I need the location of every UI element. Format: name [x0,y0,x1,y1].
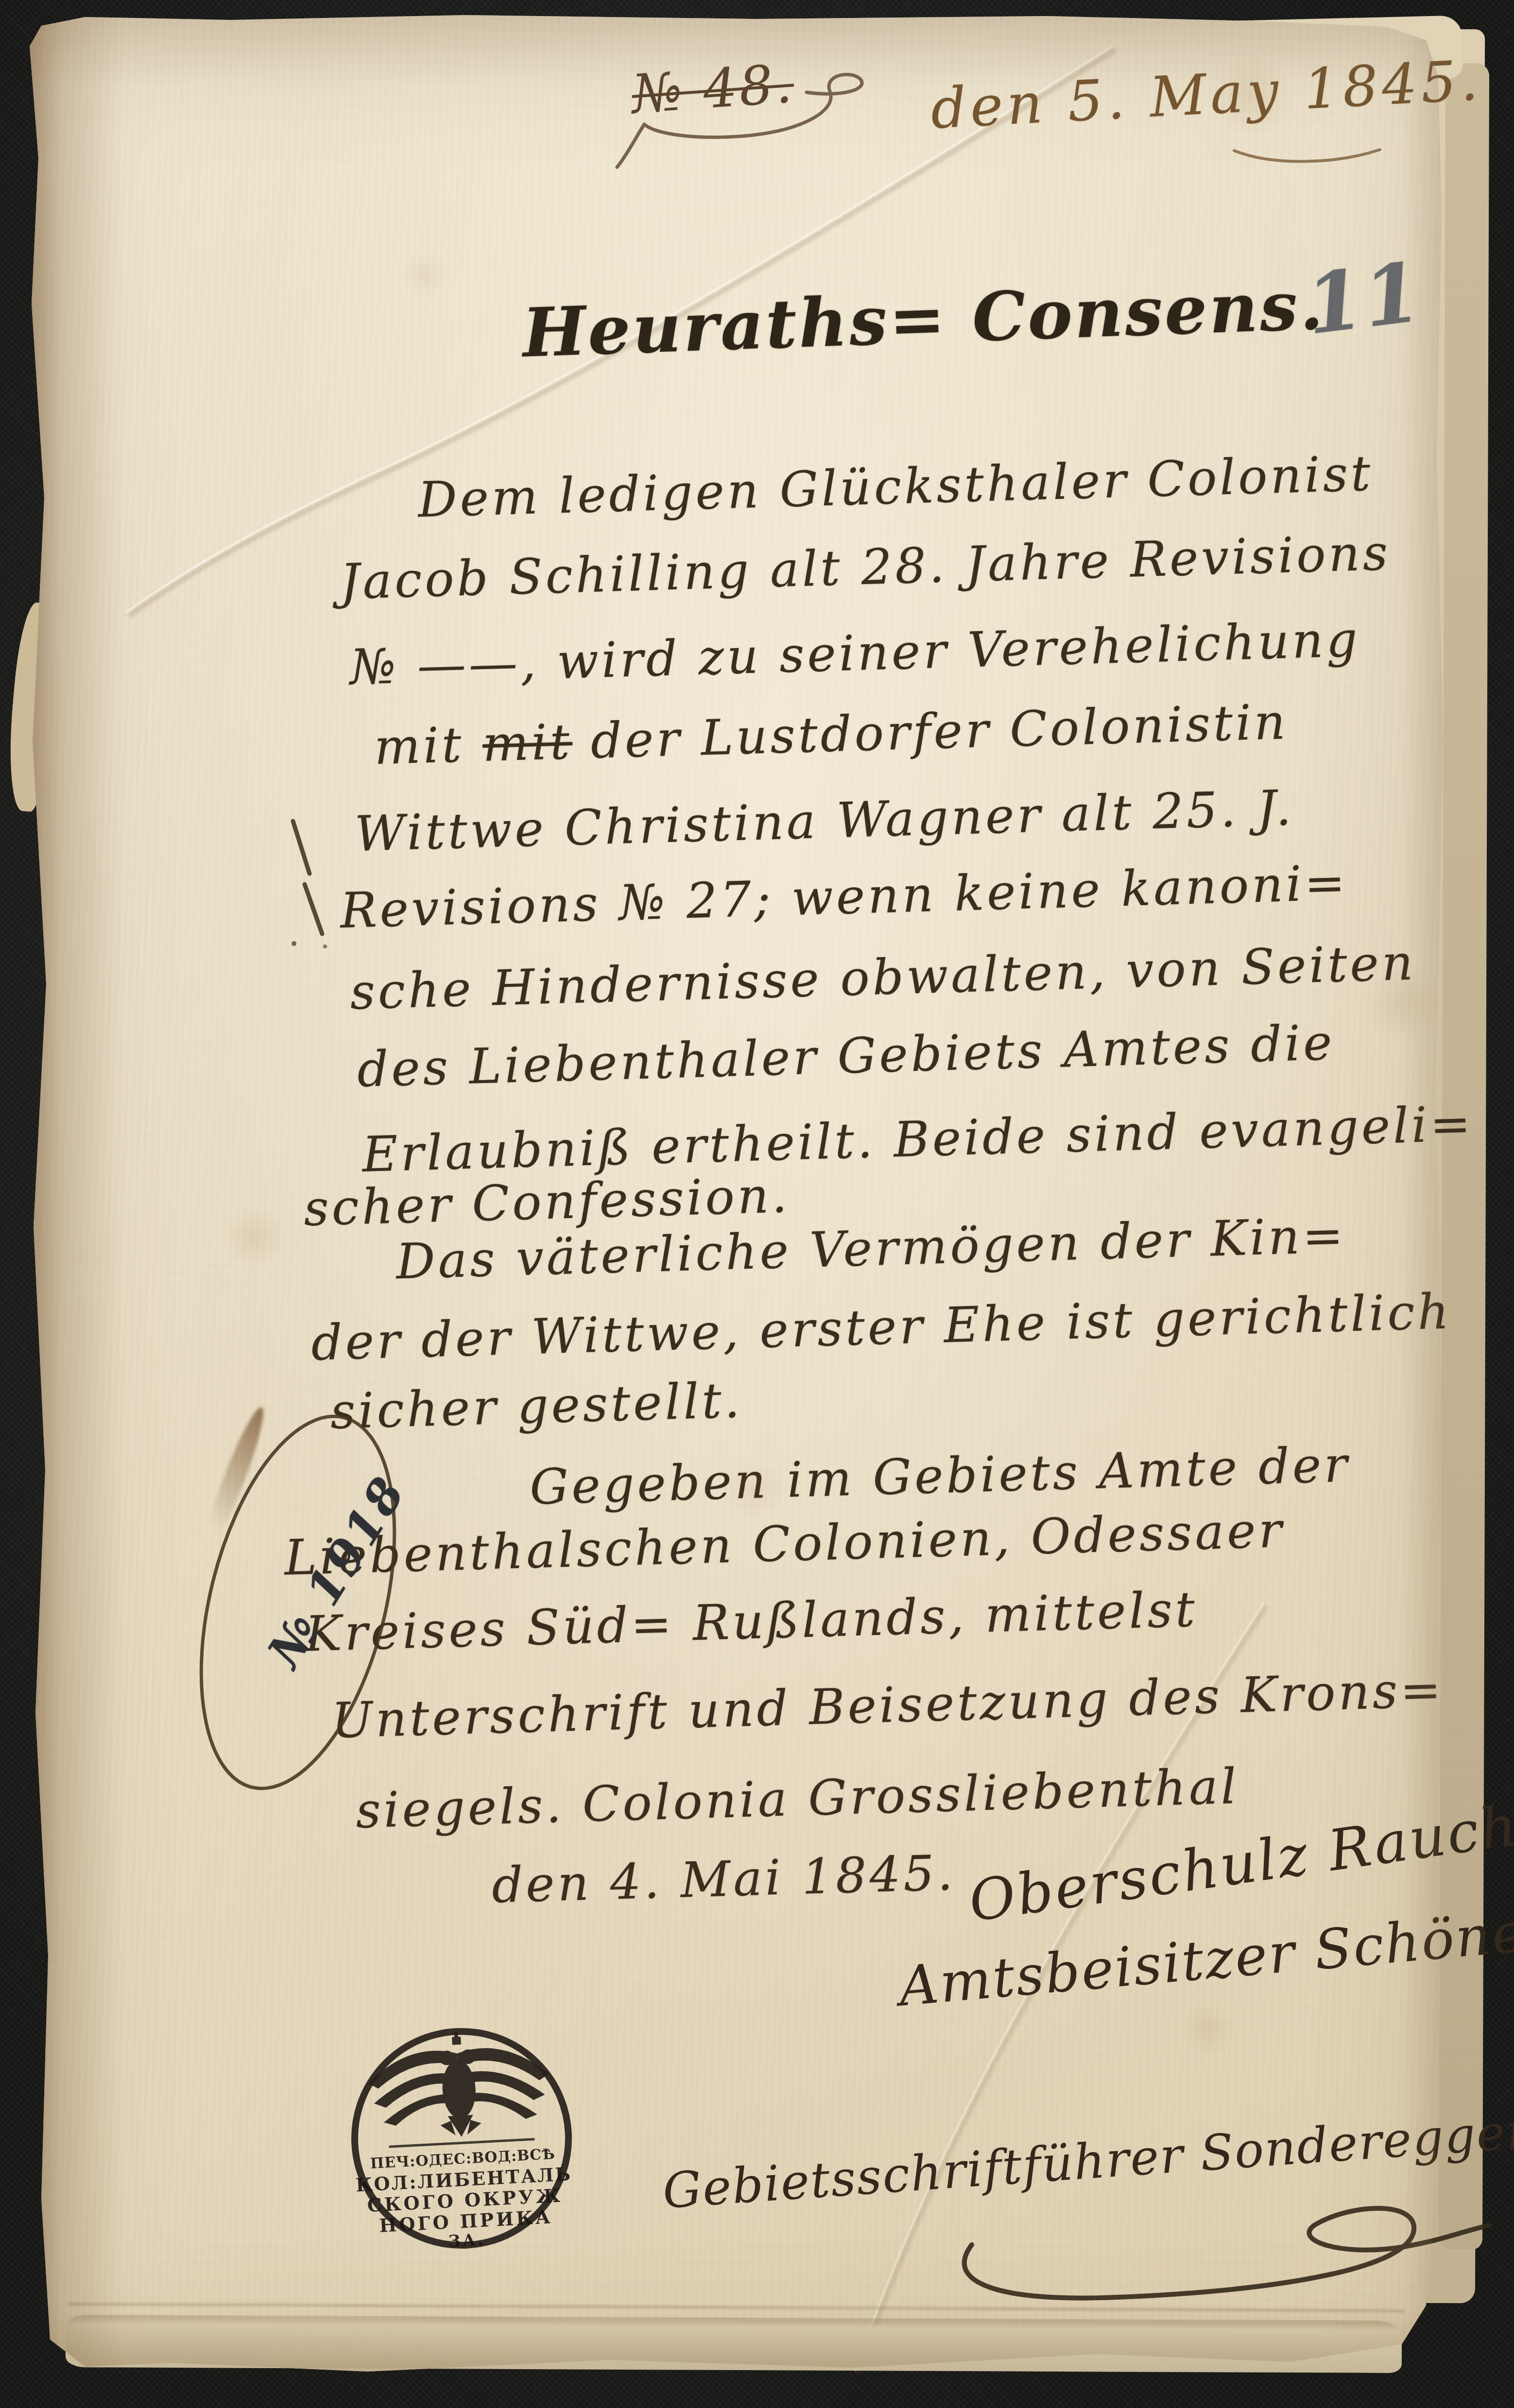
date-underline-flourish [1229,136,1390,175]
manuscript-line: scher Confession. [303,1171,791,1233]
seal-text: ПЕЧ:ОДЕС:ВОД:ВСѢ КОЛ:ЛИБЕНТАЛЬ СКОГО ОКР… [340,2014,584,2262]
bottom-page-fold [66,2315,1402,2373]
struck-word: mit [482,713,573,773]
line-segment: mit [374,716,483,775]
photo-of-archival-document: { "document": { "header": { "file_number… [0,0,1514,2408]
file-number-flourish [598,63,909,189]
manuscript-line: den 4. Mai 1845. [491,1849,956,1910]
margin-tick-marks [279,811,343,957]
signature-flourish [913,2172,1497,2318]
